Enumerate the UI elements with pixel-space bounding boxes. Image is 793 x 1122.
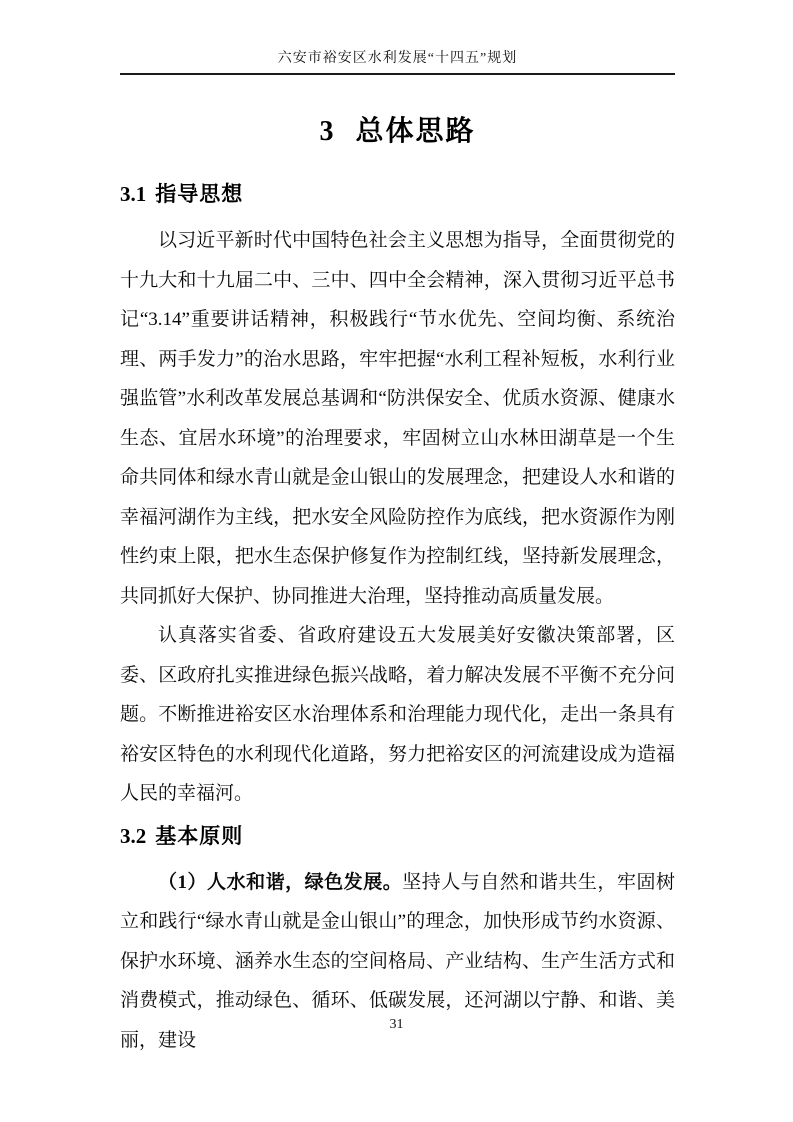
chapter-number: 3 [319, 116, 333, 147]
chapter-title-text: 总体思路 [355, 115, 475, 146]
section-3-1-number: 3.1 [120, 182, 146, 206]
page-number: 31 [0, 1016, 793, 1034]
section-3-1-title: 指导思想 [155, 183, 243, 206]
section-3-1-paragraph-1: 以习近平新时代中国特色社会主义思想为指导，全面贯彻党的十九大和十九届二中、三中、… [120, 221, 675, 616]
document-title-header: 六安市裕安区水利发展“十四五”规划 [120, 50, 675, 68]
document-page: 六安市裕安区水利发展“十四五”规划 3总体思路 3.1指导思想 以习近平新时代中… [0, 0, 793, 1122]
page-content: 六安市裕安区水利发展“十四五”规划 3总体思路 3.1指导思想 以习近平新时代中… [120, 0, 675, 1060]
section-3-2-number: 3.2 [120, 824, 146, 848]
header-rule [120, 73, 675, 75]
chapter-title: 3总体思路 [120, 113, 675, 150]
item-1-bold-lead: （1）人水和谐，绿色发展。 [158, 872, 402, 893]
section-heading-3-1: 3.1指导思想 [120, 180, 675, 209]
section-3-2-title: 基本原则 [155, 825, 243, 848]
section-heading-3-2: 3.2基本原则 [120, 822, 675, 851]
section-3-1-paragraph-2: 认真落实省委、省政府建设五大发展美好安徽决策部署，区委、区政府扎实推进绿色振兴战… [120, 616, 675, 814]
page-header: 六安市裕安区水利发展“十四五”规划 [120, 0, 675, 68]
